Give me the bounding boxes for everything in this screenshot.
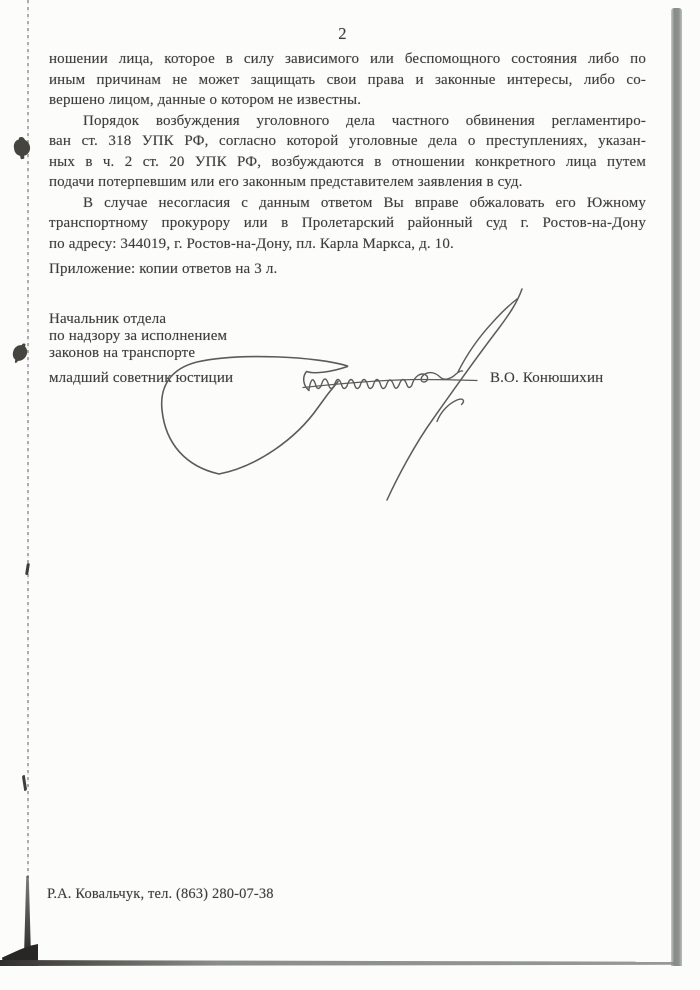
- text-line: по адресу: 344019, г. Ростов-на-Дону, пл…: [49, 234, 646, 255]
- paragraph: Порядок возбуждения уголовного дела част…: [49, 111, 646, 193]
- left-edge-shadow: [24, 876, 31, 956]
- text-line: ван ст. 318 УПК РФ, согласно которой уго…: [49, 131, 646, 152]
- page-number: 2: [0, 24, 685, 44]
- signature-flourish-hook: [437, 399, 463, 421]
- signature-flourish-secondary: [458, 299, 517, 372]
- handwritten-signature: [150, 270, 550, 510]
- page-bottom-edge: [0, 960, 678, 966]
- text-line: Порядок возбуждения уголовного дела част…: [49, 111, 646, 132]
- signature-loop: [162, 357, 348, 474]
- left-page-fold-line: [27, 0, 29, 878]
- footer-contact: Р.А. Ковальчук, тел. (863) 280-07-38: [47, 886, 274, 903]
- ink-blot: [12, 344, 29, 362]
- document-body: ношении лица, которое в силу зависимого …: [49, 49, 646, 254]
- text-line: В случае несогласия с данным ответом Вы …: [49, 193, 646, 214]
- text-line: ношении лица, которое в силу зависимого …: [49, 49, 646, 70]
- text-line: иным причинам не может защищать свои пра…: [49, 70, 646, 91]
- paragraph: ношении лица, которое в силу зависимого …: [49, 49, 646, 111]
- text-line: вершено лицом, данные о котором не извес…: [49, 90, 646, 111]
- text-line: подачи потерпевшим или его законным пред…: [49, 172, 646, 193]
- text-line: транспортному прокурору или в Пролетарск…: [49, 213, 646, 234]
- scanned-document-page: 2 ношении лица, которое в силу зависимог…: [0, 0, 700, 990]
- paragraph: В случае несогласия с данным ответом Вы …: [49, 193, 646, 255]
- scanner-edge-strip: [671, 8, 682, 966]
- signature-flourish-main: [387, 289, 522, 500]
- text-line: ных в ч. 2 ст. 20 УПК РФ, возбуждаются в…: [49, 152, 646, 173]
